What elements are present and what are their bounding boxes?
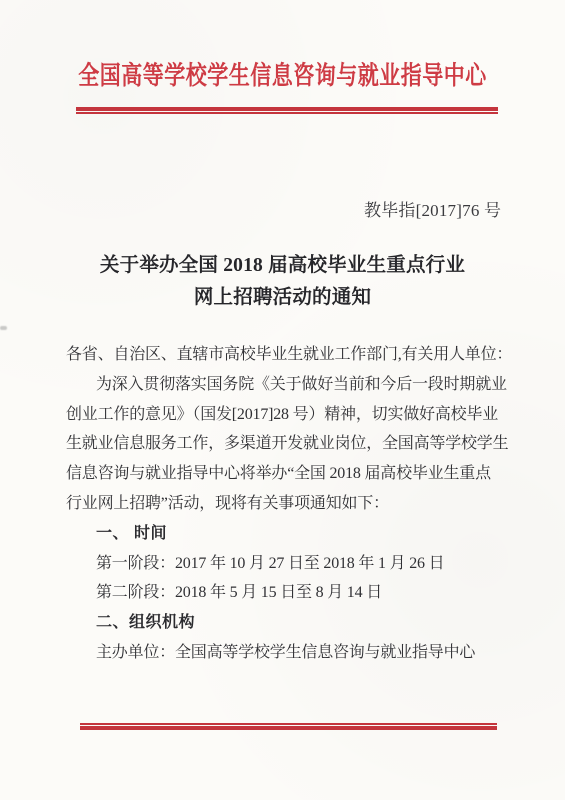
footer-rule	[80, 723, 497, 730]
footer-rule-thick	[80, 726, 497, 729]
section-heading-time: 一、 时间	[66, 519, 506, 549]
footer-rule-thin	[80, 723, 497, 725]
body-line: 创业工作的意见》（国发[2017]28 号）精神，切实做好高校毕业	[66, 400, 506, 430]
document-body: 各省、自治区、直辖市高校毕业生就业工作部门,有关用人单位： 为深入贯彻落实国务院…	[66, 340, 506, 668]
letterhead-org-name: 全国高等学校学生信息咨询与就业指导中心	[0, 56, 565, 93]
body-line-phase2: 第二阶段：2018 年 5 月 15 日至 8 月 14 日	[66, 578, 506, 608]
body-line-salutation: 各省、自治区、直辖市高校毕业生就业工作部门,有关用人单位：	[66, 340, 506, 370]
section-heading-organization: 二、组织机构	[66, 608, 506, 638]
body-line: 信息咨询与就业指导中心将举办“全国 2018 届高校毕业生重点	[66, 459, 506, 489]
scan-edge-artifact	[0, 326, 7, 330]
body-line-organizer: 主办单位：全国高等学校学生信息咨询与就业指导中心	[66, 638, 506, 668]
body-line: 生就业信息服务工作，多渠道开发就业岗位，全国高等学校学生	[66, 429, 506, 459]
letterhead-rule-thin	[76, 112, 498, 114]
scanned-document-page: 全国高等学校学生信息咨询与就业指导中心 教毕指[2017]76 号 关于举办全国…	[0, 0, 565, 800]
letterhead-rule-thick	[76, 107, 498, 111]
document-title: 关于举办全国 2018 届高校毕业生重点行业 网上招聘活动的通知	[0, 250, 565, 314]
body-line-phase1: 第一阶段：2017 年 10 月 27 日至 2018 年 1 月 26 日	[66, 549, 506, 579]
letterhead-rule	[76, 107, 498, 114]
document-number: 教毕指[2017]76 号	[364, 196, 501, 221]
document-title-line1: 关于举办全国 2018 届高校毕业生重点行业	[0, 250, 565, 282]
body-line: 为深入贯彻落实国务院《关于做好当前和今后一段时期就业	[66, 370, 506, 400]
body-line: 行业网上招聘”活动，现将有关事项通知如下：	[66, 489, 506, 519]
document-title-line2: 网上招聘活动的通知	[0, 282, 565, 314]
